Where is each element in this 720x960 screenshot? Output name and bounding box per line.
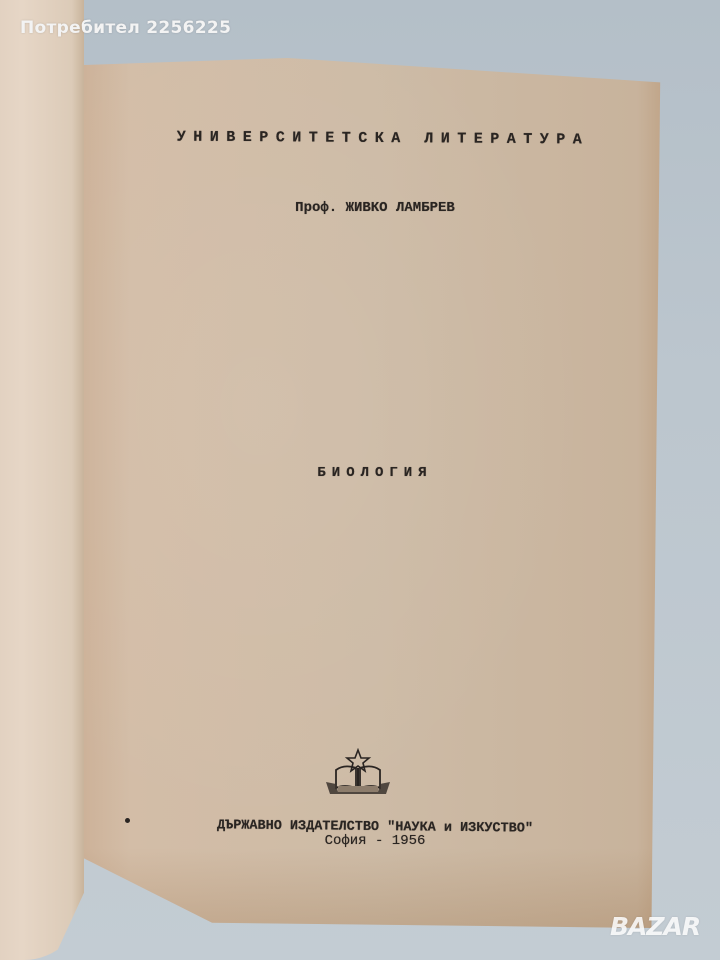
city-year: София - 1956 xyxy=(84,833,666,849)
user-watermark: Потребител 2256225 xyxy=(20,18,231,38)
site-logo-watermark: BAZAR xyxy=(610,912,700,941)
publisher-emblem-icon xyxy=(322,748,394,800)
book-cover-edge xyxy=(0,0,84,960)
author-name: Проф. ЖИВКО ЛАМБРЕВ xyxy=(84,200,666,216)
book-title: БИОЛОГИЯ xyxy=(84,465,666,481)
